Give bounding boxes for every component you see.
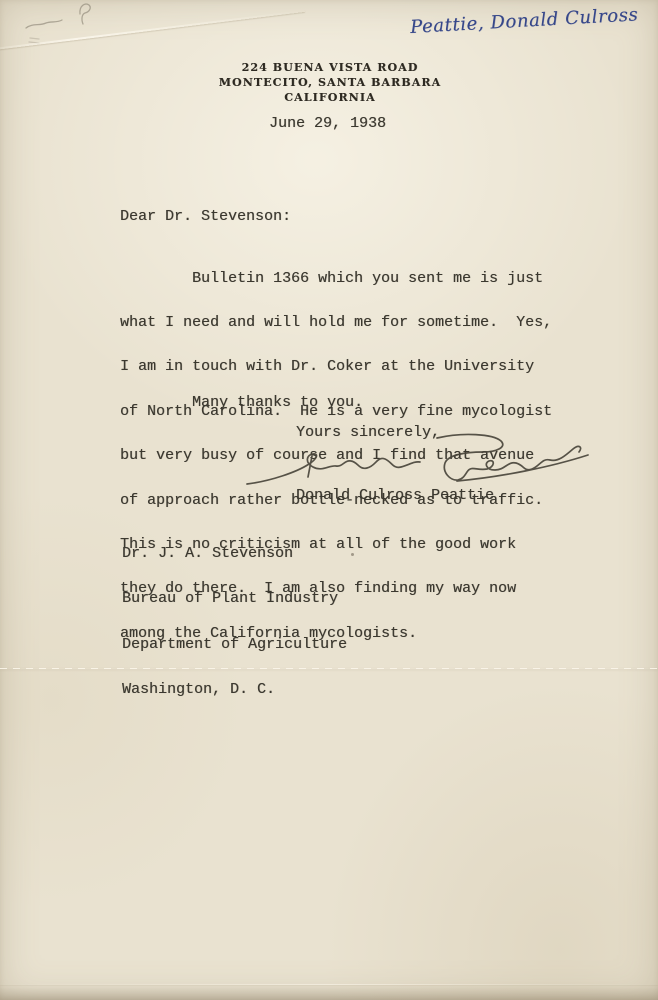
- letterhead-city-line: MONTECITO, SANTA BARBARA: [165, 75, 495, 90]
- archival-annotation: Peattie, Donald Culross: [410, 3, 658, 38]
- letterhead: 224 BUENA VISTA ROAD MONTECITO, SANTA BA…: [165, 60, 495, 105]
- pencil-mark-icon: [18, 2, 118, 48]
- recipient-city: Washington, D. C.: [122, 682, 347, 697]
- paper-crease-bottom: [0, 984, 658, 985]
- stray-ink-dot: [351, 553, 354, 556]
- recipient-department: Department of Agriculture: [122, 637, 347, 652]
- recipient-address: Dr. J. A. Stevenson Bureau of Plant Indu…: [122, 516, 347, 727]
- salutation: Dear Dr. Stevenson:: [120, 210, 291, 225]
- letterhead-state-line: CALIFORNIA: [165, 90, 495, 105]
- body-line: I am in touch with Dr. Coker at the Univ…: [120, 360, 552, 375]
- paper-bottom-shadow: [0, 986, 658, 1000]
- letter-date: June 29, 1938: [269, 117, 386, 132]
- body-line: Bulletin 1366 which you sent me is just: [120, 272, 552, 287]
- recipient-name: Dr. J. A. Stevenson: [122, 546, 347, 561]
- letter-page: Peattie, Donald Culross 224 BUENA VISTA …: [0, 0, 658, 1000]
- recipient-bureau: Bureau of Plant Industry: [122, 591, 347, 606]
- closing-thanks: Many thanks to you.: [192, 396, 363, 411]
- body-line: what I need and will hold me for sometim…: [120, 316, 552, 331]
- letterhead-address-line: 224 BUENA VISTA ROAD: [165, 60, 495, 75]
- signature: [243, 431, 588, 491]
- typed-signature-name: Donald Culross Peattie: [296, 489, 494, 504]
